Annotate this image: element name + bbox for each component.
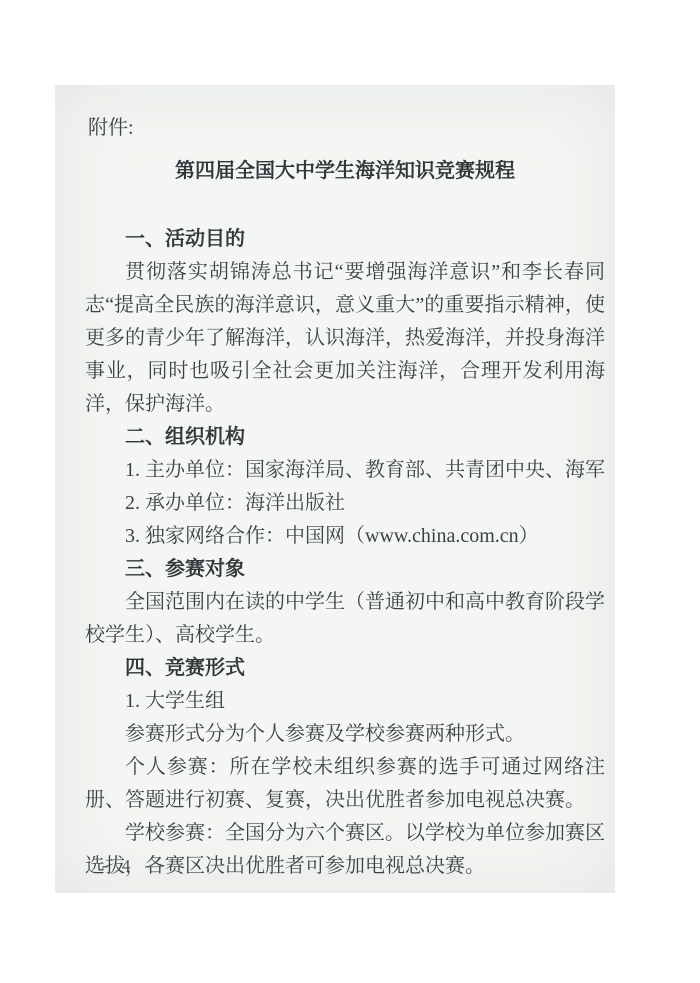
section-heading-activity-purpose: 一、活动目的	[85, 223, 605, 256]
paragraph: 参赛形式分为个人参赛及学校参赛两种形式。	[85, 718, 605, 751]
section-heading-organization: 二、组织机构	[85, 421, 605, 454]
page-number: - 4 -	[102, 855, 155, 877]
paragraph-school-entry: 学校参赛：全国分为六个赛区。以学校为单位参加赛区选拔，各赛区决出优胜者可参加电视…	[85, 817, 605, 883]
list-item-university-group: 1. 大学生组	[85, 685, 605, 718]
section-heading-competition-format: 四、竞赛形式	[85, 652, 605, 685]
paragraph-individual-entry: 个人参赛：所在学校未组织参赛的选手可通过网络注册、答题进行初赛、复赛，决出优胜者…	[85, 751, 605, 817]
paragraph: 贯彻落实胡锦涛总书记“要增强海洋意识”和李长春同志“提高全民族的海洋意识，意义重…	[85, 256, 605, 421]
document-body: 一、活动目的 贯彻落实胡锦涛总书记“要增强海洋意识”和李长春同志“提高全民族的海…	[85, 223, 605, 883]
list-item-organizer-unit: 2. 承办单位：海洋出版社	[85, 487, 605, 520]
attachment-label: 附件:	[88, 116, 615, 140]
section-heading-participants: 三、参赛对象	[85, 553, 605, 586]
document-title: 第四届全国大中学生海洋知识竞赛规程	[85, 157, 605, 186]
list-item-network-partner: 3. 独家网络合作：中国网（www.china.com.cn）	[85, 520, 605, 553]
document-page: 附件: 第四届全国大中学生海洋知识竞赛规程 一、活动目的 贯彻落实胡锦涛总书记“…	[55, 85, 615, 893]
paragraph: 全国范围内在读的中学生（普通初中和高中教育阶段学校学生）、高校学生。	[85, 586, 605, 652]
list-item-host-unit: 1. 主办单位：国家海洋局、教育部、共青团中央、海军	[85, 454, 605, 487]
